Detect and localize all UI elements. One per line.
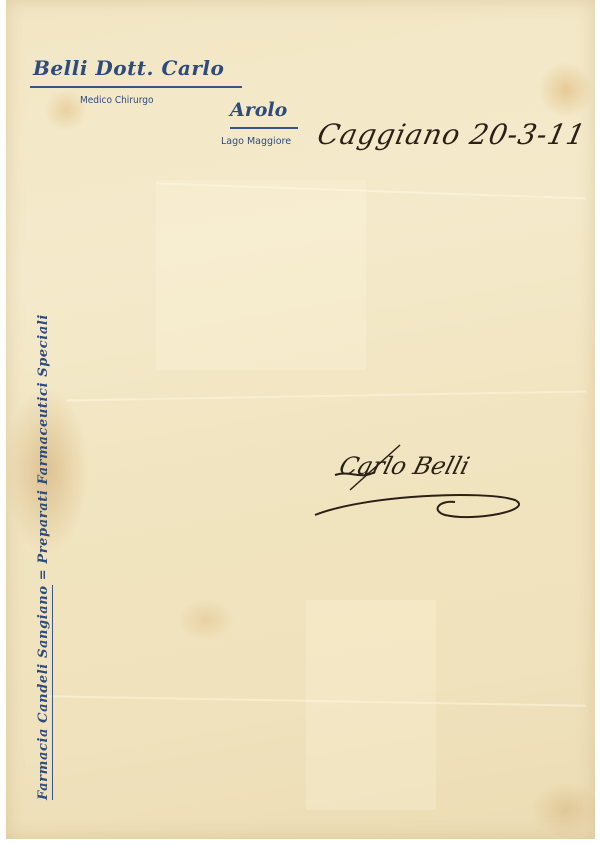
signature: Carlo Belli: [336, 452, 472, 480]
paper-crease: [66, 390, 586, 401]
separator: =: [36, 564, 51, 586]
doctor-name: Belli Dott. Carlo: [33, 56, 224, 80]
paper-patch: [306, 600, 436, 810]
pharmacy-side-text: Farmacia Candeli Sangiano = Preparati Fa…: [36, 314, 51, 800]
handwritten-place-date: Caggiano 20-3-11: [314, 118, 588, 151]
city: Arolo: [230, 99, 287, 121]
paper-patch: [156, 180, 366, 370]
pharmacy-name: Farmacia Candeli Sangiano: [36, 585, 53, 800]
name-underline: [30, 86, 242, 88]
profession: Medico Chirurgo: [80, 95, 153, 106]
city-underline: [230, 127, 298, 129]
region: Lago Maggiore: [221, 136, 291, 147]
pharmacy-products: Preparati Farmaceutici Speciali: [36, 314, 51, 564]
